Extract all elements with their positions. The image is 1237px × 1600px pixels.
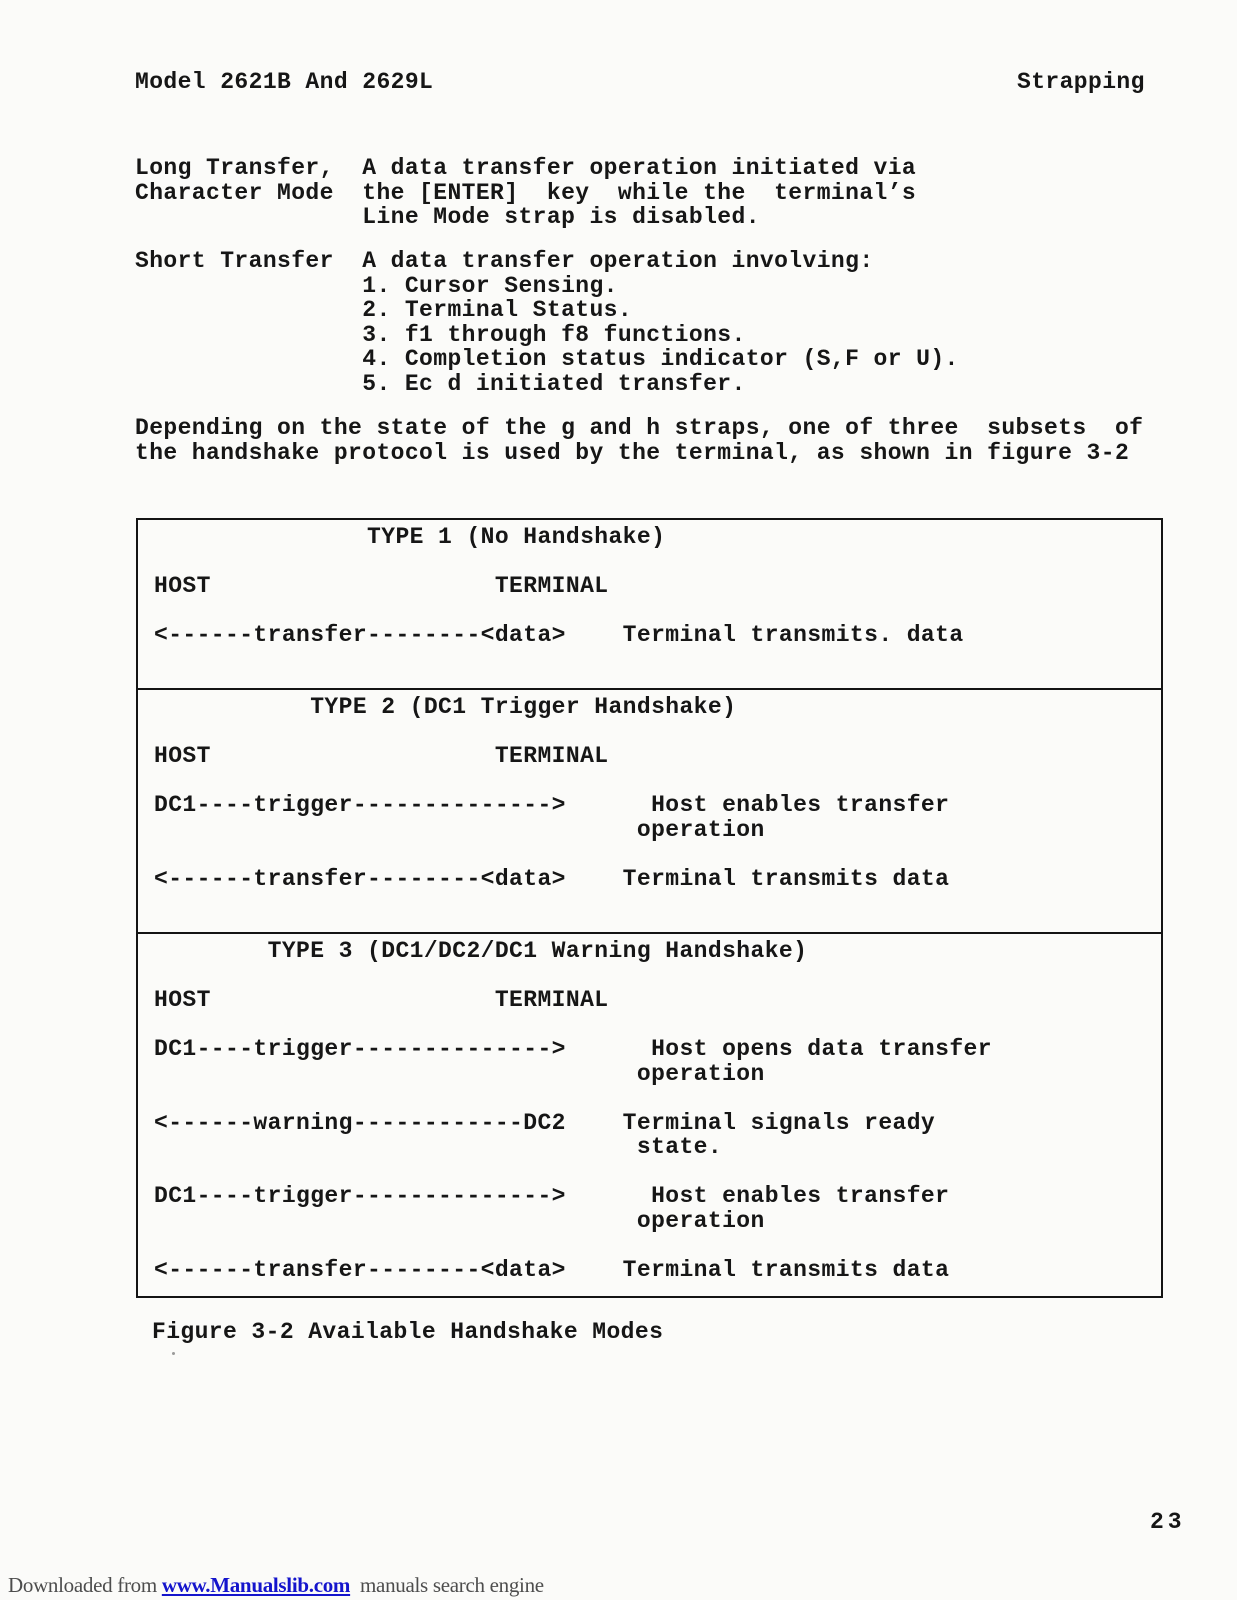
scan-artifact-dot [172, 1352, 175, 1355]
scanned-manual-page: { "header": { "left": "Model 2621B And 2… [0, 0, 1237, 1600]
figure-caption: Figure 3-2 Available Handshake Modes [152, 1320, 663, 1345]
footer-prefix-text: Downloaded from [8, 1573, 162, 1597]
handshake-type3-section: TYPE 3 (DC1/DC2/DC1 Warning Handshake) H… [138, 932, 1161, 1294]
manualslib-footer: Downloaded from www.Manualslib.com manua… [8, 1573, 544, 1598]
manualslib-link[interactable]: www.Manualslib.com [162, 1573, 350, 1597]
page-number: 23 [1150, 1510, 1186, 1535]
definition-long-transfer: Long Transfer, A data transfer operation… [135, 156, 916, 230]
body-paragraph: Depending on the state of the g and h st… [135, 416, 1143, 466]
footer-suffix-text: manuals search engine [350, 1573, 544, 1597]
document-section-title: Strapping [1017, 70, 1145, 95]
figure-3-2-handshake-box: TYPE 1 (No Handshake) HOST TERMINAL <---… [136, 518, 1163, 1298]
handshake-type1-section: TYPE 1 (No Handshake) HOST TERMINAL <---… [138, 520, 1161, 688]
document-model-title: Model 2621B And 2629L [135, 70, 433, 95]
definition-short-transfer: Short Transfer A data transfer operation… [135, 249, 959, 396]
handshake-type2-section: TYPE 2 (DC1 Trigger Handshake) HOST TERM… [138, 688, 1161, 932]
